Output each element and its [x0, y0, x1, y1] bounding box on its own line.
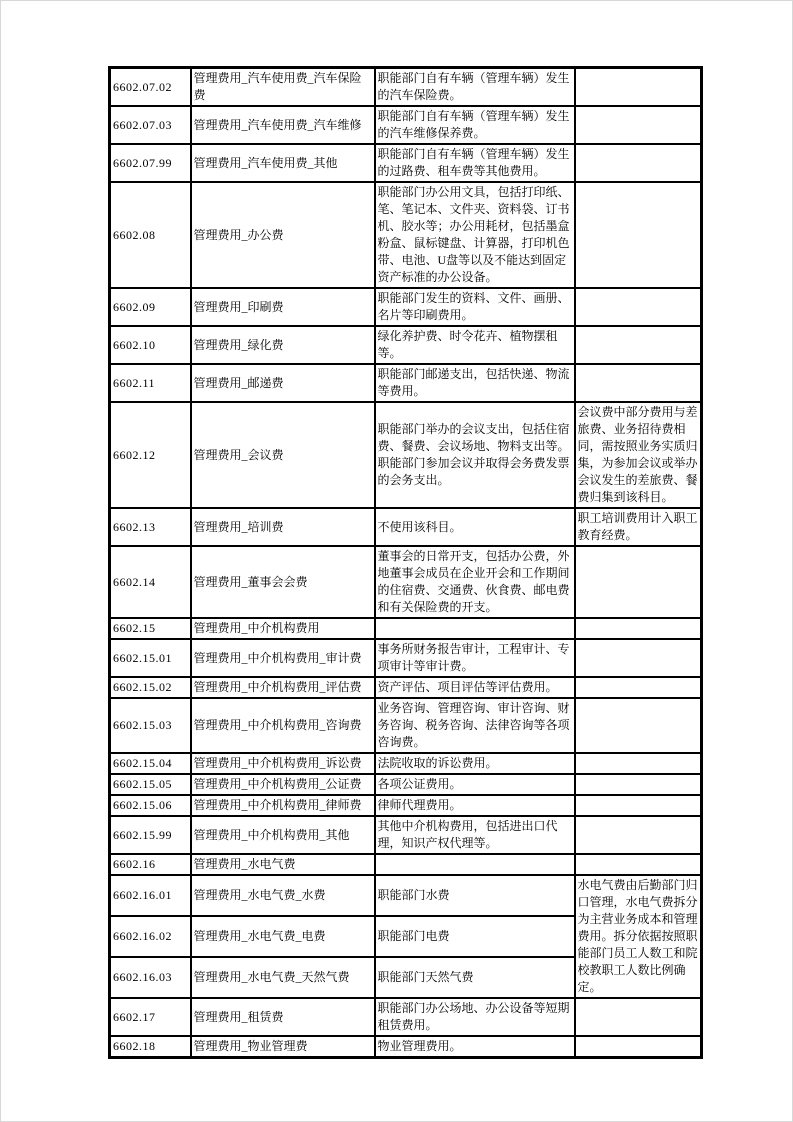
table-row: 6602.10管理费用_绿化费绿化养护费、时令花卉、植物摆租等。 — [110, 326, 702, 364]
code-cell: 6602.10 — [110, 326, 191, 364]
desc-cell: 职能部门自有车辆（管理车辆）发生的汽车维修保养费。 — [375, 106, 575, 144]
note-cell — [575, 182, 702, 288]
name-cell: 管理费用_物业管理费 — [191, 1036, 375, 1058]
desc-cell: 职能部门自有车辆（管理车辆）发生的过路费、租车费等其他费用。 — [375, 144, 575, 182]
code-cell: 6602.07.02 — [110, 68, 191, 107]
table-row: 6602.14管理费用_董事会会费董事会的日常开支，包括办公费，外地董事会成员在… — [110, 546, 702, 618]
table-row: 6602.15.01管理费用_中介机构费用_审计费事务所财务报告审计，工程审计、… — [110, 639, 702, 677]
table-row: 6602.15.99管理费用_中介机构费用_其他其他中介机构费用，包括进出口代理… — [110, 816, 702, 854]
code-cell: 6602.12 — [110, 402, 191, 508]
table-row: 6602.16管理费用_水电气费 — [110, 854, 702, 875]
table-row: 6602.15.04管理费用_中介机构费用_诉讼费法院收取的诉讼费用。 — [110, 753, 702, 774]
note-cell: 会议费中部分费用与差旅费、业务招待费相同，需按照业务实质归集，为参加会议或举办会… — [575, 402, 702, 508]
note-cell — [575, 774, 702, 795]
desc-cell: 职能部门天然气费 — [375, 957, 575, 998]
code-cell: 6602.15.01 — [110, 639, 191, 677]
note-cell — [575, 364, 702, 402]
code-cell: 6602.09 — [110, 288, 191, 326]
note-cell — [575, 854, 702, 875]
code-cell: 6602.15.03 — [110, 698, 191, 753]
name-cell: 管理费用_水电气费_天然气费 — [191, 957, 375, 998]
note-cell — [575, 639, 702, 677]
code-cell: 6602.17 — [110, 998, 191, 1036]
name-cell: 管理费用_中介机构费用_其他 — [191, 816, 375, 854]
name-cell: 管理费用_中介机构费用_审计费 — [191, 639, 375, 677]
note-cell: 水电气费由后勤部门归口管理，水电气费拆分为主营业务成本和管理费用。拆分依据按照职… — [575, 875, 702, 998]
note-cell — [575, 816, 702, 854]
note-cell — [575, 326, 702, 364]
note-cell — [575, 1036, 702, 1058]
code-cell: 6602.15.02 — [110, 677, 191, 698]
note-cell — [575, 795, 702, 816]
note-cell — [575, 677, 702, 698]
note-cell — [575, 288, 702, 326]
name-cell: 管理费用_中介机构费用_评估费 — [191, 677, 375, 698]
note-cell — [575, 68, 702, 107]
code-cell: 6602.16.02 — [110, 916, 191, 957]
note-cell: 职工培训费用计入职工教育经费。 — [575, 508, 702, 546]
code-cell: 6602.14 — [110, 546, 191, 618]
code-cell: 6602.16.01 — [110, 875, 191, 916]
name-cell: 管理费用_水电气费_水费 — [191, 875, 375, 916]
note-cell — [575, 106, 702, 144]
code-cell: 6602.11 — [110, 364, 191, 402]
name-cell: 管理费用_水电气费_电费 — [191, 916, 375, 957]
name-cell: 管理费用_培训费 — [191, 508, 375, 546]
desc-cell: 各项公证费用。 — [375, 774, 575, 795]
table-row: 6602.15.02管理费用_中介机构费用_评估费资产评估、项目评估等评估费用。 — [110, 677, 702, 698]
code-cell: 6602.16.03 — [110, 957, 191, 998]
code-cell: 6602.15.04 — [110, 753, 191, 774]
desc-cell: 资产评估、项目评估等评估费用。 — [375, 677, 575, 698]
name-cell: 管理费用_汽车使用费_汽车维修 — [191, 106, 375, 144]
code-cell: 6602.18 — [110, 1036, 191, 1058]
name-cell: 管理费用_会议费 — [191, 402, 375, 508]
note-cell — [575, 753, 702, 774]
desc-cell: 事务所财务报告审计，工程审计、专项审计等审计费。 — [375, 639, 575, 677]
code-cell: 6602.13 — [110, 508, 191, 546]
note-cell — [575, 698, 702, 753]
desc-cell — [375, 618, 575, 639]
desc-cell: 职能部门电费 — [375, 916, 575, 957]
table-row: 6602.15管理费用_中介机构费用 — [110, 618, 702, 639]
desc-cell — [375, 854, 575, 875]
table-row: 6602.13管理费用_培训费不使用该科目。职工培训费用计入职工教育经费。 — [110, 508, 702, 546]
table-row: 6602.17管理费用_租赁费职能部门办公场地、办公设备等短期租赁费用。 — [110, 998, 702, 1036]
table-row: 6602.07.03管理费用_汽车使用费_汽车维修职能部门自有车辆（管理车辆）发… — [110, 106, 702, 144]
note-cell — [575, 998, 702, 1036]
name-cell: 管理费用_水电气费 — [191, 854, 375, 875]
desc-cell: 职能部门举办的会议支出，包括住宿费、餐费、会议场地、物料支出等。职能部门参加会议… — [375, 402, 575, 508]
desc-cell: 职能部门水费 — [375, 875, 575, 916]
account-table-body: 6602.07.02管理费用_汽车使用费_汽车保险费职能部门自有车辆（管理车辆）… — [110, 68, 702, 1058]
desc-cell: 职能部门自有车辆（管理车辆）发生的汽车保险费。 — [375, 68, 575, 107]
table-row: 6602.15.06管理费用_中介机构费用_律师费律师代理费用。 — [110, 795, 702, 816]
desc-cell: 其他中介机构费用，包括进出口代理，知识产权代理等。 — [375, 816, 575, 854]
table-row: 6602.15.03管理费用_中介机构费用_咨询费业务咨询、管理咨询、审计咨询、… — [110, 698, 702, 753]
table-row: 6602.08管理费用_办公费职能部门办公用文具，包括打印纸、笔、笔记本、文件夹… — [110, 182, 702, 288]
name-cell: 管理费用_中介机构费用_咨询费 — [191, 698, 375, 753]
note-cell — [575, 618, 702, 639]
code-cell: 6602.16 — [110, 854, 191, 875]
name-cell: 管理费用_中介机构费用_律师费 — [191, 795, 375, 816]
code-cell: 6602.08 — [110, 182, 191, 288]
account-table: 6602.07.02管理费用_汽车使用费_汽车保险费职能部门自有车辆（管理车辆）… — [108, 66, 703, 1059]
table-row: 6602.09管理费用_印刷费职能部门发生的资料、文件、画册、名片等印刷费用。 — [110, 288, 702, 326]
code-cell: 6602.15.06 — [110, 795, 191, 816]
desc-cell: 职能部门发生的资料、文件、画册、名片等印刷费用。 — [375, 288, 575, 326]
name-cell: 管理费用_汽车使用费_汽车保险费 — [191, 68, 375, 107]
note-cell — [575, 144, 702, 182]
code-cell: 6602.07.99 — [110, 144, 191, 182]
table-row: 6602.15.05管理费用_中介机构费用_公证费各项公证费用。 — [110, 774, 702, 795]
table-row: 6602.16.01管理费用_水电气费_水费职能部门水费水电气费由后勤部门归口管… — [110, 875, 702, 916]
table-row: 6602.07.02管理费用_汽车使用费_汽车保险费职能部门自有车辆（管理车辆）… — [110, 68, 702, 107]
desc-cell: 绿化养护费、时令花卉、植物摆租等。 — [375, 326, 575, 364]
name-cell: 管理费用_印刷费 — [191, 288, 375, 326]
desc-cell: 不使用该科目。 — [375, 508, 575, 546]
desc-cell: 董事会的日常开支，包括办公费，外地董事会成员在企业开会和工作期间的住宿费、交通费… — [375, 546, 575, 618]
document-page: 6602.07.02管理费用_汽车使用费_汽车保险费职能部门自有车辆（管理车辆）… — [0, 0, 793, 1122]
code-cell: 6602.15.99 — [110, 816, 191, 854]
name-cell: 管理费用_中介机构费用_诉讼费 — [191, 753, 375, 774]
desc-cell: 法院收取的诉讼费用。 — [375, 753, 575, 774]
name-cell: 管理费用_邮递费 — [191, 364, 375, 402]
desc-cell: 职能部门办公场地、办公设备等短期租赁费用。 — [375, 998, 575, 1036]
desc-cell: 职能部门办公用文具，包括打印纸、笔、笔记本、文件夹、资料袋、订书机、胶水等；办公… — [375, 182, 575, 288]
desc-cell: 业务咨询、管理咨询、审计咨询、财务咨询、税务咨询、法律咨询等各项咨询费。 — [375, 698, 575, 753]
name-cell: 管理费用_租赁费 — [191, 998, 375, 1036]
name-cell: 管理费用_中介机构费用_公证费 — [191, 774, 375, 795]
code-cell: 6602.15.05 — [110, 774, 191, 795]
note-cell — [575, 546, 702, 618]
table-row: 6602.12管理费用_会议费职能部门举办的会议支出，包括住宿费、餐费、会议场地… — [110, 402, 702, 508]
name-cell: 管理费用_汽车使用费_其他 — [191, 144, 375, 182]
code-cell: 6602.07.03 — [110, 106, 191, 144]
code-cell: 6602.15 — [110, 618, 191, 639]
name-cell: 管理费用_办公费 — [191, 182, 375, 288]
name-cell: 管理费用_董事会会费 — [191, 546, 375, 618]
table-row: 6602.07.99管理费用_汽车使用费_其他职能部门自有车辆（管理车辆）发生的… — [110, 144, 702, 182]
desc-cell: 职能部门邮递支出，包括快递、物流等费用。 — [375, 364, 575, 402]
name-cell: 管理费用_中介机构费用 — [191, 618, 375, 639]
desc-cell: 物业管理费用。 — [375, 1036, 575, 1058]
name-cell: 管理费用_绿化费 — [191, 326, 375, 364]
table-row: 6602.11管理费用_邮递费职能部门邮递支出，包括快递、物流等费用。 — [110, 364, 702, 402]
table-row: 6602.18管理费用_物业管理费物业管理费用。 — [110, 1036, 702, 1058]
desc-cell: 律师代理费用。 — [375, 795, 575, 816]
